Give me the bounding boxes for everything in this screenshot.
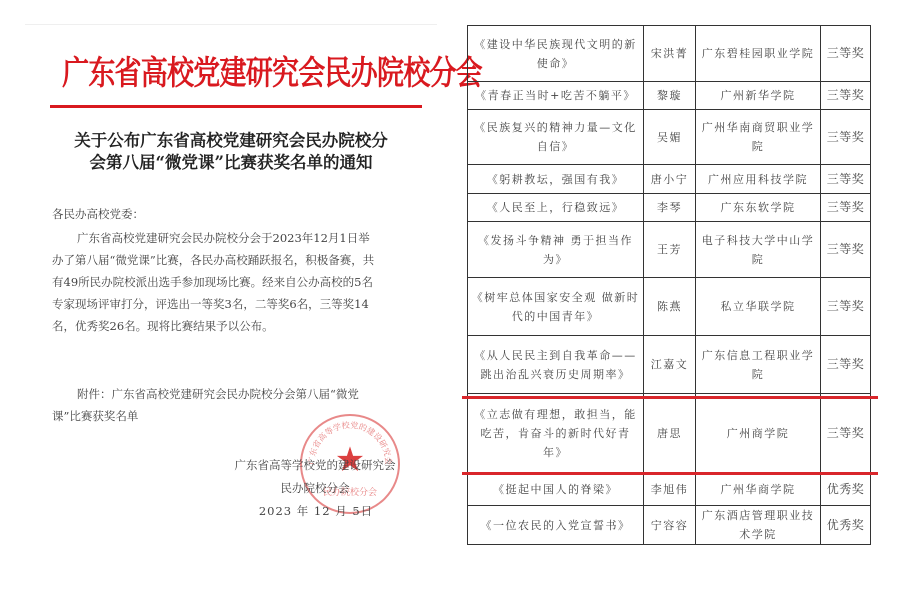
contestant-name-cell: 李旭伟 — [644, 473, 696, 506]
lecture-title-cell: 《青春正当时+吃苦不躺平》 — [468, 82, 644, 110]
table-row: 《挺起中国人的脊梁》李旭伟广州华商学院优秀奖 — [468, 473, 871, 506]
notice-title-line: 会第八届“微党课”比赛获奖名单的通知 — [33, 152, 429, 174]
notice-title: 关于公布广东省高校党建研究会民办院校分 会第八届“微党课”比赛获奖名单的通知 — [33, 130, 429, 174]
school-cell: 广州华南商贸职业学院 — [696, 110, 821, 165]
table-row: 《建设中华民族现代文明的新使命》宋洪菁广东碧桂园职业学院三等奖 — [468, 26, 871, 82]
school-cell: 广东东软学院 — [696, 194, 821, 222]
school-cell: 广东酒店管理职业技术学院 — [696, 506, 821, 545]
highlight-line-top — [462, 396, 878, 399]
lecture-title-cell: 《一位农民的入党宣誓书》 — [468, 506, 644, 545]
signature-block: 广东省高等学校党的建设研究会 民办院校分会 2023 年 12 月 5日 — [200, 454, 430, 523]
lecture-title-cell: 《挺起中国人的脊梁》 — [468, 473, 644, 506]
school-cell: 广州华商学院 — [696, 473, 821, 506]
table-row: 《人民至上，行稳致远》李琴广东东软学院三等奖 — [468, 194, 871, 222]
body-line: 有49所民办院校派出选手参加现场比赛。经来自公办高校的5名 — [52, 271, 404, 293]
award-list-table: 《建设中华民族现代文明的新使命》宋洪菁广东碧桂园职业学院三等奖《青春正当时+吃苦… — [467, 25, 871, 545]
body-paragraph: 广东省高校党建研究会民办院校分会于2023年12月1日举 办了第八届“微党课”比… — [52, 227, 404, 337]
contestant-name-cell: 唐思 — [644, 394, 696, 473]
school-cell: 私立华联学院 — [696, 278, 821, 336]
table-row: 《从人民民主到自我革命——跳出治乱兴衰历史周期率》江嘉文广东信息工程职业学院三等… — [468, 336, 871, 394]
highlight-line-bottom — [462, 472, 878, 475]
lecture-title-cell: 《建设中华民族现代文明的新使命》 — [468, 26, 644, 82]
award-table-body: 《建设中华民族现代文明的新使命》宋洪菁广东碧桂园职业学院三等奖《青春正当时+吃苦… — [468, 26, 871, 545]
table-row: 《一位农民的入党宣誓书》宁容容广东酒店管理职业技术学院优秀奖 — [468, 506, 871, 545]
award-level-cell: 三等奖 — [821, 82, 871, 110]
salutation: 各民办高校党委： — [52, 205, 144, 223]
signature-org: 广东省高等学校党的建设研究会 — [200, 454, 430, 477]
body-line: 专家现场评审打分，评选出一等奖3名，二等奖6名，三等奖14 — [52, 293, 404, 315]
contestant-name-cell: 王芳 — [644, 222, 696, 278]
award-level-cell: 三等奖 — [821, 194, 871, 222]
lecture-title-cell: 《民族复兴的精神力量—文化自信》 — [468, 110, 644, 165]
notice-title-line: 关于公布广东省高校党建研究会民办院校分 — [33, 130, 429, 152]
school-cell: 电子科技大学中山学院 — [696, 222, 821, 278]
org-header: 广东省高校党建研究会民办院校分会 — [62, 53, 400, 93]
lecture-title-cell: 《从人民民主到自我革命——跳出治乱兴衰历史周期率》 — [468, 336, 644, 394]
contestant-name-cell: 吴媚 — [644, 110, 696, 165]
contestant-name-cell: 宁容容 — [644, 506, 696, 545]
award-level-cell: 三等奖 — [821, 26, 871, 82]
contestant-name-cell: 江嘉文 — [644, 336, 696, 394]
award-level-cell: 优秀奖 — [821, 506, 871, 545]
body-line: 办了第八届“微党课”比赛，各民办高校踊跃报名，积极备赛，共 — [52, 249, 404, 271]
award-level-cell: 三等奖 — [821, 222, 871, 278]
signature-org-branch: 民办院校分会 — [200, 477, 430, 500]
lecture-title-cell: 《躬耕教坛，强国有我》 — [468, 165, 644, 194]
contestant-name-cell: 李琴 — [644, 194, 696, 222]
school-cell: 广州商学院 — [696, 394, 821, 473]
award-level-cell: 三等奖 — [821, 336, 871, 394]
table-row: 《民族复兴的精神力量—文化自信》吴媚广州华南商贸职业学院三等奖 — [468, 110, 871, 165]
body-line: 广东省高校党建研究会民办院校分会于2023年12月1日举 — [52, 227, 404, 249]
signature-date: 2023 年 12 月 5日 — [200, 500, 430, 523]
award-level-cell: 三等奖 — [821, 165, 871, 194]
lecture-title-cell: 《发扬斗争精神 勇于担当作为》 — [468, 222, 644, 278]
contestant-name-cell: 黎璇 — [644, 82, 696, 110]
table-row: 《发扬斗争精神 勇于担当作为》王芳电子科技大学中山学院三等奖 — [468, 222, 871, 278]
lecture-title-cell: 《人民至上，行稳致远》 — [468, 194, 644, 222]
attachment-line: 附件：广东省高校党建研究会民办院校分会第八届“微党 — [52, 383, 404, 405]
table-row: 《树牢总体国家安全观 做新时代的中国青年》陈燕私立华联学院三等奖 — [468, 278, 871, 336]
table-row: 《躬耕教坛，强国有我》唐小宁广州应用科技学院三等奖 — [468, 165, 871, 194]
school-cell: 广州新华学院 — [696, 82, 821, 110]
school-cell: 广东碧桂园职业学院 — [696, 26, 821, 82]
school-cell: 广东信息工程职业学院 — [696, 336, 821, 394]
lecture-title-cell: 《立志做有理想，敢担当，能吃苦，肯奋斗的新时代好青年》 — [468, 394, 644, 473]
contestant-name-cell: 唐小宁 — [644, 165, 696, 194]
contestant-name-cell: 陈燕 — [644, 278, 696, 336]
award-level-cell: 三等奖 — [821, 278, 871, 336]
red-divider — [50, 105, 422, 108]
lecture-title-cell: 《树牢总体国家安全观 做新时代的中国青年》 — [468, 278, 644, 336]
notice-document: 广东省高校党建研究会民办院校分会 关于公布广东省高校党建研究会民办院校分 会第八… — [25, 24, 437, 545]
school-cell: 广州应用科技学院 — [696, 165, 821, 194]
award-level-cell: 三等奖 — [821, 394, 871, 473]
contestant-name-cell: 宋洪菁 — [644, 26, 696, 82]
table-row: 《青春正当时+吃苦不躺平》黎璇广州新华学院三等奖 — [468, 82, 871, 110]
body-line: 名，优秀奖26名。现将比赛结果予以公布。 — [52, 315, 404, 337]
award-level-cell: 优秀奖 — [821, 473, 871, 506]
award-level-cell: 三等奖 — [821, 110, 871, 165]
table-row-highlighted: 《立志做有理想，敢担当，能吃苦，肯奋斗的新时代好青年》唐思广州商学院三等奖 — [468, 394, 871, 473]
